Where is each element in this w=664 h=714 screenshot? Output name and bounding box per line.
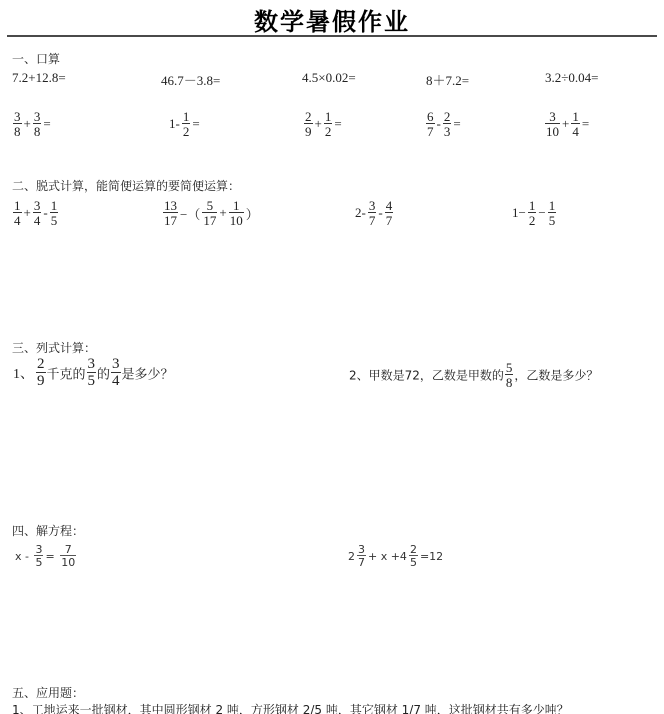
oral-calc-1: 7.2+12.8= [12, 70, 66, 86]
step-calc-2: 1317−（517+110） [162, 199, 260, 227]
equation-2: 237+ x +425=12 [347, 544, 444, 568]
fraction: 25 [409, 544, 418, 568]
fraction: 310 [545, 110, 560, 138]
word-calc-2: 2、甲数是72，乙数是甲数的58，乙数是多少？ [349, 361, 598, 389]
fraction: 37 [357, 544, 366, 568]
fraction: 12 [182, 110, 191, 138]
fraction: 12 [528, 199, 537, 227]
fraction: 14 [13, 199, 22, 227]
fraction-calc-3: 29+12= [303, 110, 343, 138]
fraction: 35 [87, 357, 97, 389]
fraction: 12 [324, 110, 333, 138]
step-calc-3: 2-37-47 [354, 199, 394, 227]
oral-calc-5: 3.2÷0.04= [545, 70, 598, 86]
word-calc-1: 1、29千克的35的34是多少？ [12, 357, 174, 389]
fraction: 15 [548, 199, 557, 227]
equation-1: x - 35= 710 [14, 544, 77, 568]
fraction: 1317 [163, 199, 178, 227]
step-calc-1: 14+34-15 [12, 199, 59, 227]
fraction: 34 [33, 199, 42, 227]
oral-calc-3: 4.5×0.02= [302, 70, 356, 86]
fraction: 517 [202, 199, 217, 227]
fraction: 14 [571, 110, 580, 138]
fraction: 67 [426, 110, 435, 138]
section-2-heading: 二、脱式计算，能简便运算的要简便运算： [12, 177, 240, 194]
fraction: 23 [443, 110, 452, 138]
fraction: 29 [304, 110, 313, 138]
fraction: 35 [34, 544, 43, 568]
step-calc-4: 1−12−15 [511, 199, 557, 227]
fraction: 37 [368, 199, 377, 227]
fraction: 47 [385, 199, 394, 227]
section-5-heading: 五、应用题： [12, 684, 84, 701]
fraction: 34 [111, 357, 121, 389]
title-divider [7, 35, 657, 37]
fraction-calc-1: 38+38= [12, 110, 52, 138]
fraction: 15 [50, 199, 59, 227]
oral-calc-2: 46.7－3.8= [161, 70, 220, 89]
page-title: 数学暑假作业 [0, 2, 664, 37]
fraction-calc-4: 67-23= [425, 110, 462, 138]
oral-calc-4: 8＋7.2= [426, 70, 469, 89]
fraction: 29 [36, 357, 46, 389]
fraction: 38 [33, 110, 42, 138]
section-1-heading: 一、口算 [12, 50, 60, 67]
application-question-1: 1、工地运来一批钢材，其中圆形钢材 2 吨，方形钢材 2/5 吨，其它钢材 1/… [12, 701, 569, 714]
fraction: 110 [229, 199, 244, 227]
fraction: 38 [13, 110, 22, 138]
section-3-heading: 三、列式计算： [12, 339, 96, 356]
fraction-calc-5: 310+14= [544, 110, 590, 138]
fraction: 58 [505, 361, 514, 389]
section-4-heading: 四、解方程： [12, 522, 84, 539]
fraction: 710 [60, 544, 76, 568]
fraction-calc-2: 1-12= [168, 110, 201, 138]
